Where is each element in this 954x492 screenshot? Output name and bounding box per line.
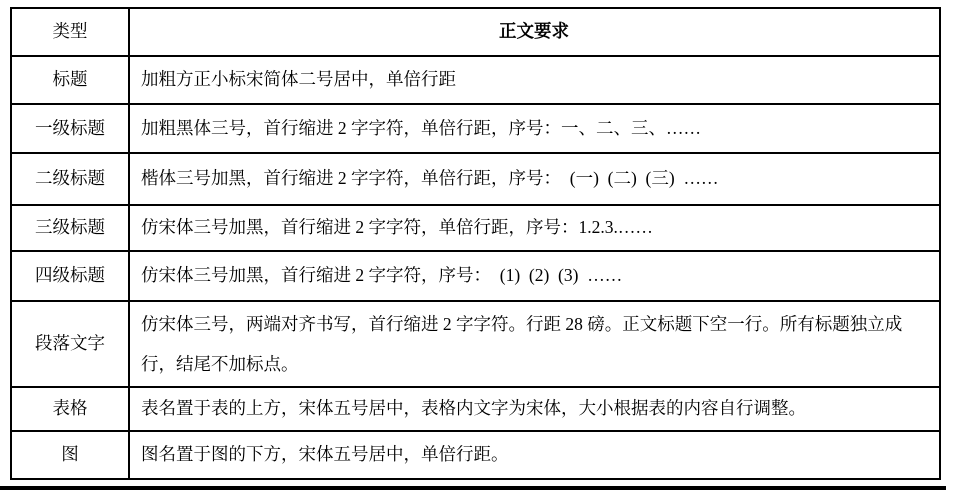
type-cell: 一级标题	[11, 104, 129, 153]
table-row-paragraph: 段落文字 仿宋体三号，两端对齐书写，首行缩进 2 字字符。行距 28 磅。正文标…	[11, 301, 940, 387]
requirement-cell: 仿宋体三号加黑，首行缩进 2 字字符，单倍行距，序号：1.2.3.……	[129, 205, 940, 251]
type-cell: 标题	[11, 56, 129, 104]
requirement-cell: 图名置于图的下方，宋体五号居中，单倍行距。	[129, 431, 940, 479]
requirement-cell: 楷体三号加黑，首行缩进 2 字字符，单倍行距，序号： (一) (二) (三) ……	[129, 153, 940, 205]
type-cell: 四级标题	[11, 251, 129, 301]
requirement-cell: 仿宋体三号，两端对齐书写，首行缩进 2 字字符。行距 28 磅。正文标题下空一行…	[129, 301, 940, 387]
type-column-header: 类型	[11, 8, 129, 56]
table-row-heading-4: 四级标题 仿宋体三号加黑，首行缩进 2 字字符，序号： (1) (2) (3) …	[11, 251, 940, 301]
table-header-row: 类型 正文要求	[11, 8, 940, 56]
requirement-cell: 加粗方正小标宋简体二号居中，单倍行距	[129, 56, 940, 104]
table-row-heading-1: 一级标题 加粗黑体三号，首行缩进 2 字字符，单倍行距，序号：一、二、三、……	[11, 104, 940, 153]
table-row-heading-2: 二级标题 楷体三号加黑，首行缩进 2 字字符，单倍行距，序号： (一) (二) …	[11, 153, 940, 205]
type-cell: 段落文字	[11, 301, 129, 387]
requirement-cell: 表名置于表的上方，宋体五号居中，表格内文字为宋体，大小根据表的内容自行调整。	[129, 387, 940, 431]
format-requirements-table: 类型 正文要求 标题 加粗方正小标宋简体二号居中，单倍行距 一级标题 加粗黑体三…	[10, 7, 941, 480]
table-row-heading-3: 三级标题 仿宋体三号加黑，首行缩进 2 字字符，单倍行距，序号：1.2.3.……	[11, 205, 940, 251]
table-row-title: 标题 加粗方正小标宋简体二号居中，单倍行距	[11, 56, 940, 104]
table-row-figure: 图 图名置于图的下方，宋体五号居中，单倍行距。	[11, 431, 940, 479]
requirement-cell: 加粗黑体三号，首行缩进 2 字字符，单倍行距，序号：一、二、三、……	[129, 104, 940, 153]
document-page: 类型 正文要求 标题 加粗方正小标宋简体二号居中，单倍行距 一级标题 加粗黑体三…	[0, 0, 954, 492]
type-cell: 表格	[11, 387, 129, 431]
requirements-column-header: 正文要求	[129, 8, 940, 56]
type-cell: 三级标题	[11, 205, 129, 251]
table-row-table: 表格 表名置于表的上方，宋体五号居中，表格内文字为宋体，大小根据表的内容自行调整…	[11, 387, 940, 431]
page-bottom-rule	[0, 486, 946, 490]
type-cell: 图	[11, 431, 129, 479]
type-cell: 二级标题	[11, 153, 129, 205]
requirement-cell: 仿宋体三号加黑，首行缩进 2 字字符，序号： (1) (2) (3) ……	[129, 251, 940, 301]
